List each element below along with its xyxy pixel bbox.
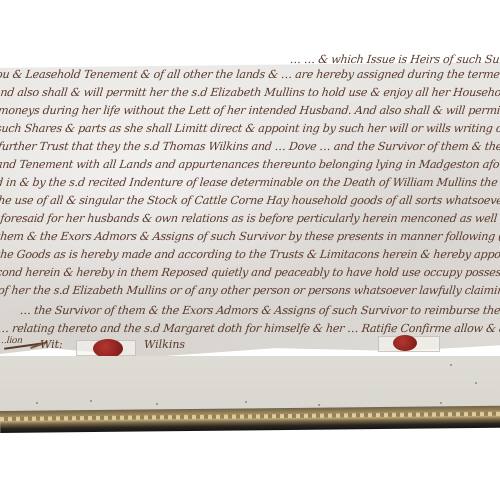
text-line: cond herein & hereby in them Reposed qui… — [0, 266, 500, 279]
dust-speck — [36, 402, 38, 404]
dust-speck — [90, 400, 92, 402]
text-line: and also shall & will permitt her the s.… — [0, 86, 500, 99]
text-line: d in & by the s.d recited Indenture of l… — [0, 176, 500, 189]
text-line: such Shares & parts as she shall Limitt … — [0, 122, 500, 135]
text-line: aforesaid for her husbands & own relatio… — [0, 212, 500, 225]
signature-name: Wilkins — [144, 338, 185, 351]
dust-speck — [245, 401, 247, 403]
text-line: and Tenement with all Lands and appurten… — [0, 158, 500, 171]
mount-board — [0, 356, 500, 412]
text-line: ou & Leasehold Tenement & of all other t… — [0, 68, 500, 81]
text-line: the use of all & singular the Stock of C… — [0, 194, 500, 207]
text-line: further Trust that they the s.d Thomas W… — [0, 140, 500, 153]
witness-label: Wit: — [40, 338, 63, 351]
dust-speck — [440, 402, 442, 404]
text-line: … … & which Issue is Heirs of such Sur — [289, 53, 500, 66]
text-line: moneys during her life without the Lett … — [0, 104, 500, 117]
dust-speck — [450, 364, 452, 366]
picture-frame-edge — [0, 406, 500, 433]
document-photo: … … & which Issue is Heirs of such Sur o… — [0, 0, 500, 500]
text-line: the Goods as is hereby made and accordin… — [0, 248, 500, 261]
frame-bead-molding — [0, 412, 500, 421]
text-line: them & the Exors Admors & Assigns of suc… — [0, 230, 500, 243]
text-line: of her the s.d Elizabeth Mullins or of a… — [0, 284, 500, 297]
wax-seal-right — [393, 335, 417, 351]
dust-speck — [318, 404, 320, 406]
dust-speck — [156, 403, 158, 405]
text-line: … relating thereto and the s.d Margaret … — [0, 322, 500, 335]
text-line: … the Survivor of them & the Exors Admor… — [19, 304, 500, 317]
dust-speck — [475, 382, 477, 384]
